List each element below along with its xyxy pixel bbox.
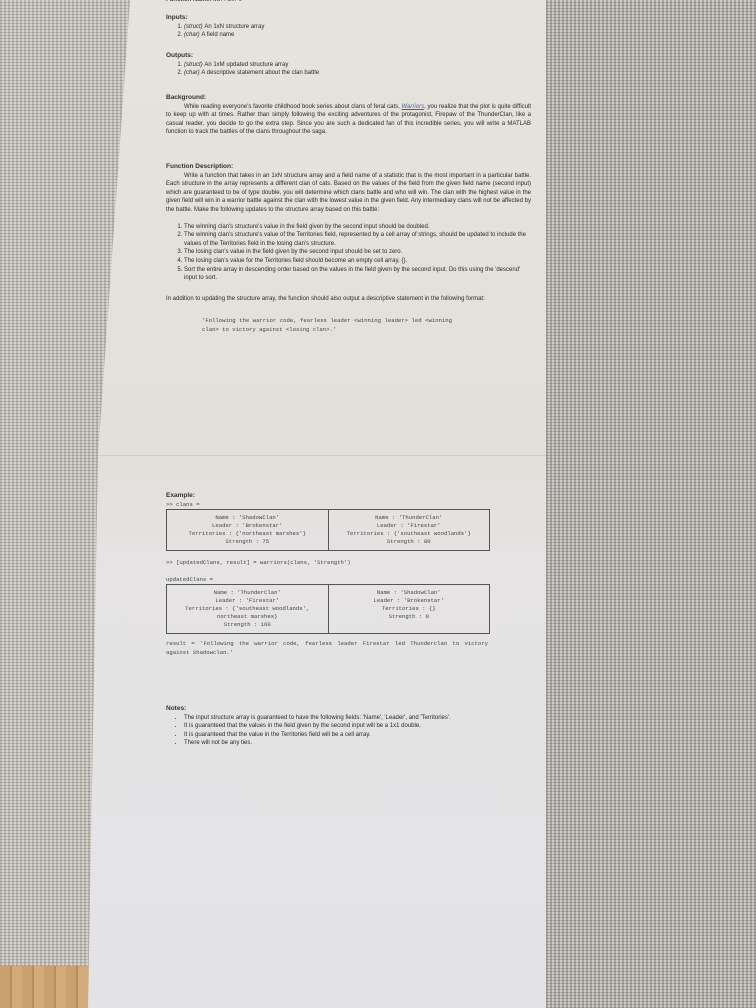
clans-cmd: >> clans = [166,501,531,510]
step-item: The winning clan's structure's value in … [184,223,531,232]
description-section: Function Description: Write a function t… [166,163,531,335]
inputs-section: Inputs: (struct) An 1xN structure array(… [166,14,531,40]
inputs-heading: Inputs: [166,14,531,23]
background-section: Background: While reading everyone's fav… [166,94,531,137]
wood-floor [0,966,90,1008]
description-text: Write a function that takes in an 1xN st… [166,172,531,215]
note-item: The input structure array is guaranteed … [184,714,531,723]
note-item: It is guaranteed that the values in the … [184,722,531,731]
paper-fold [88,455,546,456]
outputs-section: Outputs: (struct) An 1xM updated structu… [166,52,531,78]
lace-background [546,0,756,1008]
input-item: (struct) An 1xN structure array [184,23,531,32]
updated-clans-table: Name : 'ThunderClan'Leader : 'Firestar'T… [166,584,490,634]
example-heading: Example: [166,492,531,501]
outputs-list: (struct) An 1xM updated structure array(… [166,61,531,78]
format-string: 'Following the warrior code, fearless le… [202,317,452,334]
background-heading: Background: [166,94,531,103]
clan-struct: Name : 'ShadowClan'Leader : 'Brokenstar'… [167,510,328,550]
description-heading: Function Description: [166,163,531,172]
paper-sheet: Function Name: warriors Inputs: (struct)… [88,0,546,1008]
function-name: Function Name: warriors [166,0,242,5]
outputs-heading: Outputs: [166,52,531,61]
clan-struct: Name : 'ShadowClan'Leader : 'Brokenstar'… [328,585,490,633]
step-item: The winning clan's structure's value of … [184,231,531,248]
notes-section: Notes: The input structure array is guar… [166,705,531,748]
output-item: (char) A descriptive statement about the… [184,69,531,78]
clans-table: Name : 'ShadowClan'Leader : 'Brokenstar'… [166,509,490,551]
call-cmd: >> [updatedClans, result] = warriors(cla… [166,559,531,568]
input-item: (char) A field name [184,31,531,40]
warriors-link[interactable]: Warriors [402,104,425,110]
addition-text: In addition to updating the structure ar… [166,295,531,304]
step-item: Sort the entire array in descending orde… [184,266,531,283]
clan-struct: Name : 'ThunderClan'Leader : 'Firestar'T… [167,585,328,633]
note-item: It is guaranteed that the value in the T… [184,731,531,740]
notes-heading: Notes: [166,705,531,714]
output-item: (struct) An 1xM updated structure array [184,61,531,70]
step-item: The losing clan's value for the Territor… [184,257,531,266]
steps-list: The winning clan's structure's value in … [166,223,531,283]
notes-list: The input structure array is guaranteed … [166,714,531,748]
inputs-list: (struct) An 1xN structure array(char) A … [166,23,531,40]
result-text: result = 'Following the warrior code, fe… [166,640,488,657]
background-text: While reading everyone's favorite childh… [166,103,531,137]
clan-struct: Name : 'ThunderClan'Leader : 'Firestar'T… [328,510,490,550]
step-item: The losing clan's value in the field giv… [184,248,531,257]
updated-label: updatedClans = [166,576,531,585]
note-item: There will not be any ties. [184,739,531,748]
example-section: Example: >> clans = Name : 'ShadowClan'L… [166,492,531,658]
